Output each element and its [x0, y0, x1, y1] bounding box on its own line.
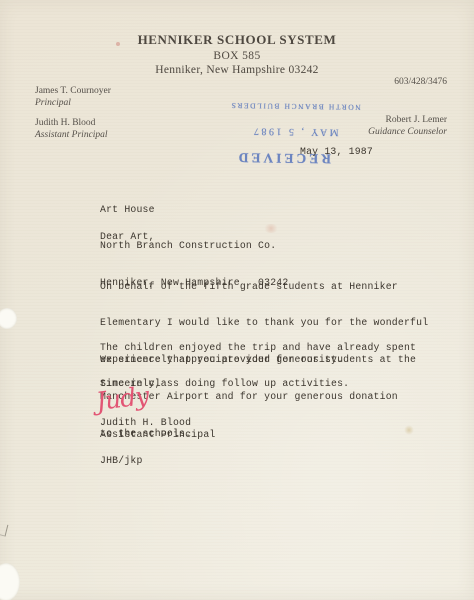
- staff-guidance-counselor: Robert J. Lemer Guidance Counselor: [368, 115, 447, 138]
- punch-hole: [0, 563, 20, 600]
- staff-name: Robert J. Lemer: [368, 115, 447, 127]
- signer-title: Assistant Principal: [100, 429, 216, 441]
- edge-mark: [0, 523, 8, 536]
- staff-name: Judith H. Blood: [35, 118, 108, 130]
- body-line: The children enjoyed the trip and have a…: [100, 342, 416, 354]
- paper-speck: [116, 42, 120, 46]
- staff-title: Principal: [35, 98, 111, 110]
- letter-date: May 13, 1987: [300, 146, 373, 158]
- punch-hole: [0, 308, 17, 329]
- typist-initials: JHB/jkp: [100, 455, 143, 467]
- body-line: On behalf of the fifth grade students at…: [100, 281, 428, 293]
- staff-assistant-principal: Judith H. Blood Assistant Principal: [35, 118, 108, 141]
- letter-page: HENNIKER SCHOOL SYSTEM BOX 585 Henniker,…: [0, 0, 474, 600]
- staff-title: Guidance Counselor: [368, 127, 447, 139]
- signer-name: Judith H. Blood: [100, 417, 191, 429]
- body-paragraph-3: We sincerely appreciate your generosity.: [100, 354, 343, 366]
- staff-name: James T. Cournoyer: [35, 86, 111, 98]
- salutation: Dear Art,: [100, 231, 155, 243]
- received-stamp: RECEIVED MAY , 5 1987 NORTH BRANCH BUILD…: [223, 93, 366, 173]
- staff-principal: James T. Cournoyer Principal: [35, 86, 111, 109]
- recipient-name: Art House: [100, 204, 288, 216]
- staff-title: Assistant Principal: [35, 130, 108, 142]
- letterhead-po-box: BOX 585: [0, 50, 474, 62]
- paper-stain: [404, 425, 414, 435]
- stamp-date-text: MAY , 5 1987: [251, 125, 338, 137]
- letterhead: HENNIKER SCHOOL SYSTEM BOX 585 Henniker,…: [0, 32, 474, 76]
- letterhead-city-line: Henniker, New Hampshire 03242: [0, 64, 474, 76]
- stamp-company-text: NORTH BRANCH BUILDERS: [230, 101, 361, 112]
- letterhead-phone: 603/428/3476: [394, 77, 447, 87]
- letterhead-org-name: HENNIKER SCHOOL SYSTEM: [0, 32, 474, 48]
- paper-smudge: [263, 224, 279, 233]
